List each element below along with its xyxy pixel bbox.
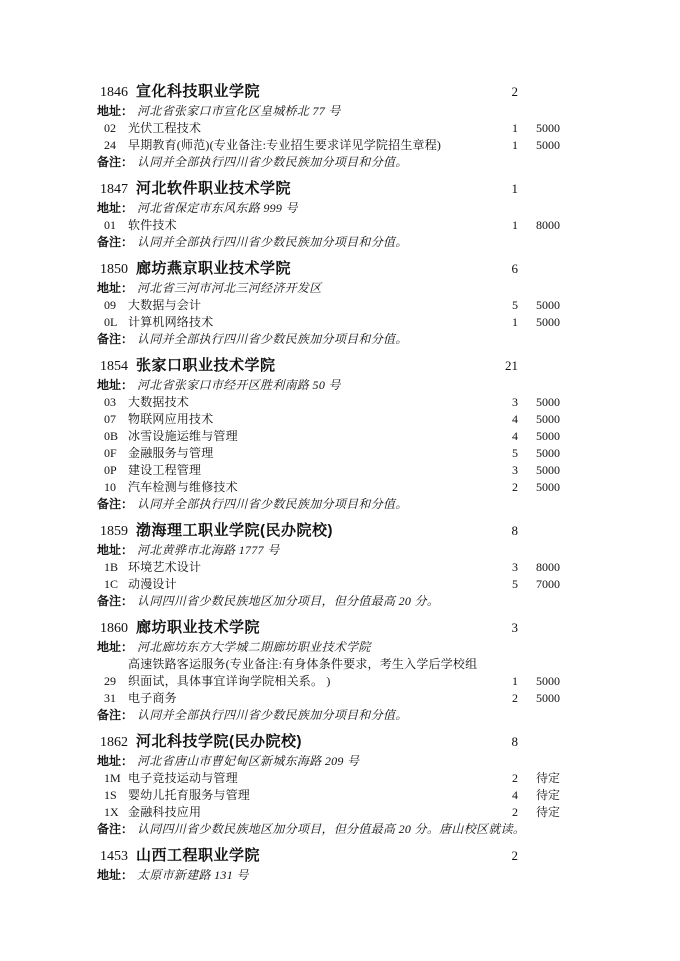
remark-label: 备注： bbox=[97, 331, 133, 348]
major-fee: 5000 bbox=[518, 394, 560, 411]
address-text: 河北廊坊东方大学城二期廊坊职业技术学院 bbox=[137, 639, 371, 656]
address-text: 河北省张家口市经开区胜利南路 50 号 bbox=[137, 377, 341, 394]
address-text: 太原市新建路 131 号 bbox=[137, 867, 249, 884]
school-block: 1846 宣化科技职业学院 2 地址： 河北省张家口市宣化区皇城桥北 77 号 … bbox=[97, 82, 560, 171]
address-label: 地址： bbox=[97, 200, 133, 217]
major-fee: 5000 bbox=[518, 690, 560, 707]
major-code: 02 bbox=[104, 120, 128, 137]
remark-label: 备注： bbox=[97, 821, 133, 838]
major-name: 计算机网络技术 bbox=[128, 314, 488, 331]
major-plan-count: 1 bbox=[488, 673, 518, 690]
major-plan-count: 2 bbox=[488, 690, 518, 707]
major-fee: 5000 bbox=[518, 673, 560, 690]
school-plan-count: 6 bbox=[488, 259, 518, 279]
major-fee: 5000 bbox=[518, 479, 560, 496]
major-plan-count: 5 bbox=[488, 576, 518, 593]
major-code: 1S bbox=[104, 787, 128, 804]
major-plan-count: 1 bbox=[488, 217, 518, 234]
major-row: 0B 冰雪设施运维与管理 4 5000 bbox=[97, 428, 560, 445]
major-code: 0F bbox=[104, 445, 128, 462]
major-list: 09 大数据与会计 5 5000 0L 计算机网络技术 1 5000 bbox=[97, 297, 560, 331]
major-plan-count: 3 bbox=[488, 394, 518, 411]
address-text: 河北省唐山市曹妃甸区新城东海路 209 号 bbox=[137, 753, 359, 770]
major-code: 29 bbox=[104, 673, 128, 690]
school-name: 廊坊职业技术学院 bbox=[136, 618, 488, 638]
school-code: 1453 bbox=[100, 847, 128, 867]
major-row: 0F 金融服务与管理 5 5000 bbox=[97, 445, 560, 462]
address-label: 地址： bbox=[97, 753, 133, 770]
school-plan-count: 2 bbox=[488, 82, 518, 102]
remark-label: 备注： bbox=[97, 593, 133, 610]
major-name: 高速铁路客运服务(专业备注:有身体条件要求，考生入学后学校组织面试，具体事宜详询… bbox=[128, 656, 488, 690]
major-list: 01 软件技术 1 8000 bbox=[97, 217, 560, 234]
major-row: 10 汽车检测与维修技术 2 5000 bbox=[97, 479, 560, 496]
address-label: 地址： bbox=[97, 867, 133, 884]
address-row: 地址： 河北黄骅市北海路 1777 号 bbox=[97, 542, 560, 559]
school-plan-count: 21 bbox=[488, 356, 518, 376]
major-name: 动漫设计 bbox=[128, 576, 488, 593]
major-code: 0L bbox=[104, 314, 128, 331]
school-block: 1859 渤海理工职业学院(民办院校) 8 地址： 河北黄骅市北海路 1777 … bbox=[97, 521, 560, 610]
school-code: 1850 bbox=[100, 260, 128, 280]
major-code: 07 bbox=[104, 411, 128, 428]
major-code: 24 bbox=[104, 137, 128, 154]
school-code: 1862 bbox=[100, 733, 128, 753]
major-plan-count: 4 bbox=[488, 411, 518, 428]
school-name: 河北科技学院(民办院校) bbox=[136, 732, 488, 752]
major-fee: 5000 bbox=[518, 137, 560, 154]
school-code: 1860 bbox=[100, 619, 128, 639]
major-name: 早期教育(师范)(专业备注:专业招生要求详见学院招生章程) bbox=[128, 137, 488, 154]
remark-text: 认同并全部执行四川省少数民族加分项目和分值。 bbox=[137, 707, 408, 724]
major-code: 31 bbox=[104, 690, 128, 707]
major-code: 0P bbox=[104, 462, 128, 479]
major-plan-count: 4 bbox=[488, 428, 518, 445]
school-code: 1859 bbox=[100, 522, 128, 542]
address-label: 地址： bbox=[97, 280, 133, 297]
major-name: 金融服务与管理 bbox=[128, 445, 488, 462]
address-label: 地址： bbox=[97, 639, 133, 656]
major-name: 电子竞技运动与管理 bbox=[128, 770, 488, 787]
major-name: 物联网应用技术 bbox=[128, 411, 488, 428]
major-row: 07 物联网应用技术 4 5000 bbox=[97, 411, 560, 428]
school-header-row: 1846 宣化科技职业学院 2 bbox=[97, 82, 560, 103]
school-header-row: 1854 张家口职业技术学院 21 bbox=[97, 356, 560, 377]
major-code: 1C bbox=[104, 576, 128, 593]
major-plan-count: 3 bbox=[488, 559, 518, 576]
address-text: 河北省张家口市宣化区皇城桥北 77 号 bbox=[137, 103, 341, 120]
address-text: 河北省保定市东风东路 999 号 bbox=[137, 200, 298, 217]
school-name: 山西工程职业学院 bbox=[136, 846, 488, 866]
major-row: 02 光伏工程技术 1 5000 bbox=[97, 120, 560, 137]
major-row: 1B 环境艺术设计 3 8000 bbox=[97, 559, 560, 576]
major-fee: 待定 bbox=[518, 787, 560, 804]
major-row: 0P 建设工程管理 3 5000 bbox=[97, 462, 560, 479]
major-row: 03 大数据技术 3 5000 bbox=[97, 394, 560, 411]
major-row: 1X 金融科技应用 2 待定 bbox=[97, 804, 560, 821]
major-code: 1M bbox=[104, 770, 128, 787]
major-fee: 5000 bbox=[518, 428, 560, 445]
address-row: 地址： 河北省三河市河北三河经济开发区 bbox=[97, 280, 560, 297]
school-header-row: 1453 山西工程职业学院 2 bbox=[97, 846, 560, 867]
remark-row: 备注： 认同四川省少数民族地区加分项目，但分值最高 20 分。唐山校区就读。 bbox=[97, 821, 560, 838]
address-row: 地址： 河北省张家口市经开区胜利南路 50 号 bbox=[97, 377, 560, 394]
major-row: 09 大数据与会计 5 5000 bbox=[97, 297, 560, 314]
major-code: 10 bbox=[104, 479, 128, 496]
major-plan-count: 5 bbox=[488, 297, 518, 314]
remark-row: 备注： 认同并全部执行四川省少数民族加分项目和分值。 bbox=[97, 707, 560, 724]
major-plan-count: 1 bbox=[488, 137, 518, 154]
major-code: 03 bbox=[104, 394, 128, 411]
remark-label: 备注： bbox=[97, 496, 133, 513]
major-name: 电子商务 bbox=[128, 690, 488, 707]
address-text: 河北黄骅市北海路 1777 号 bbox=[137, 542, 280, 559]
major-plan-count: 5 bbox=[488, 445, 518, 462]
major-list: 02 光伏工程技术 1 5000 24 早期教育(师范)(专业备注:专业招生要求… bbox=[97, 120, 560, 154]
major-code: 09 bbox=[104, 297, 128, 314]
major-plan-count: 2 bbox=[488, 770, 518, 787]
major-fee: 5000 bbox=[518, 120, 560, 137]
major-plan-count: 2 bbox=[488, 804, 518, 821]
remark-label: 备注： bbox=[97, 234, 133, 251]
school-name: 宣化科技职业学院 bbox=[136, 82, 488, 102]
school-list: 1846 宣化科技职业学院 2 地址： 河北省张家口市宣化区皇城桥北 77 号 … bbox=[97, 82, 560, 892]
school-code: 1854 bbox=[100, 357, 128, 377]
school-code: 1846 bbox=[100, 83, 128, 103]
major-name: 建设工程管理 bbox=[128, 462, 488, 479]
major-fee: 待定 bbox=[518, 804, 560, 821]
school-plan-count: 1 bbox=[488, 179, 518, 199]
school-header-row: 1859 渤海理工职业学院(民办院校) 8 bbox=[97, 521, 560, 542]
major-fee: 5000 bbox=[518, 411, 560, 428]
major-name: 大数据技术 bbox=[128, 394, 488, 411]
address-row: 地址： 河北廊坊东方大学城二期廊坊职业技术学院 bbox=[97, 639, 560, 656]
major-row: 1M 电子竞技运动与管理 2 待定 bbox=[97, 770, 560, 787]
major-fee: 5000 bbox=[518, 314, 560, 331]
remark-row: 备注： 认同四川省少数民族地区加分项目，但分值最高 20 分。 bbox=[97, 593, 560, 610]
remark-row: 备注： 认同并全部执行四川省少数民族加分项目和分值。 bbox=[97, 496, 560, 513]
school-plan-count: 8 bbox=[488, 732, 518, 752]
major-fee: 5000 bbox=[518, 297, 560, 314]
major-code: 0B bbox=[104, 428, 128, 445]
school-block: 1453 山西工程职业学院 2 地址： 太原市新建路 131 号 bbox=[97, 846, 560, 884]
major-code: 1B bbox=[104, 559, 128, 576]
address-row: 地址： 河北省保定市东风东路 999 号 bbox=[97, 200, 560, 217]
remark-text: 认同并全部执行四川省少数民族加分项目和分值。 bbox=[137, 154, 408, 171]
school-plan-count: 8 bbox=[488, 521, 518, 541]
major-fee: 7000 bbox=[518, 576, 560, 593]
school-name: 渤海理工职业学院(民办院校) bbox=[136, 521, 488, 541]
major-plan-count: 1 bbox=[488, 120, 518, 137]
address-label: 地址： bbox=[97, 542, 133, 559]
document-page: 1846 宣化科技职业学院 2 地址： 河北省张家口市宣化区皇城桥北 77 号 … bbox=[0, 0, 680, 961]
remark-text: 认同并全部执行四川省少数民族加分项目和分值。 bbox=[137, 331, 408, 348]
school-block: 1847 河北软件职业技术学院 1 地址： 河北省保定市东风东路 999 号 0… bbox=[97, 179, 560, 251]
major-row: 29 高速铁路客运服务(专业备注:有身体条件要求，考生入学后学校组织面试，具体事… bbox=[97, 656, 560, 690]
school-name: 张家口职业技术学院 bbox=[136, 356, 488, 376]
remark-text: 认同四川省少数民族地区加分项目，但分值最高 20 分。 bbox=[137, 593, 439, 610]
major-row: 01 软件技术 1 8000 bbox=[97, 217, 560, 234]
major-name: 环境艺术设计 bbox=[128, 559, 488, 576]
major-plan-count: 2 bbox=[488, 479, 518, 496]
major-name: 金融科技应用 bbox=[128, 804, 488, 821]
school-block: 1854 张家口职业技术学院 21 地址： 河北省张家口市经开区胜利南路 50 … bbox=[97, 356, 560, 513]
major-code: 01 bbox=[104, 217, 128, 234]
major-row: 1C 动漫设计 5 7000 bbox=[97, 576, 560, 593]
major-name: 软件技术 bbox=[128, 217, 488, 234]
address-label: 地址： bbox=[97, 377, 133, 394]
major-list: 1M 电子竞技运动与管理 2 待定 1S 婴幼儿托育服务与管理 4 待定 1X … bbox=[97, 770, 560, 821]
remark-row: 备注： 认同并全部执行四川省少数民族加分项目和分值。 bbox=[97, 154, 560, 171]
school-code: 1847 bbox=[100, 180, 128, 200]
school-header-row: 1860 廊坊职业技术学院 3 bbox=[97, 618, 560, 639]
major-row: 24 早期教育(师范)(专业备注:专业招生要求详见学院招生章程) 1 5000 bbox=[97, 137, 560, 154]
address-row: 地址： 河北省张家口市宣化区皇城桥北 77 号 bbox=[97, 103, 560, 120]
school-block: 1860 廊坊职业技术学院 3 地址： 河北廊坊东方大学城二期廊坊职业技术学院 … bbox=[97, 618, 560, 724]
major-name: 光伏工程技术 bbox=[128, 120, 488, 137]
remark-row: 备注： 认同并全部执行四川省少数民族加分项目和分值。 bbox=[97, 331, 560, 348]
remark-text: 认同四川省少数民族地区加分项目，但分值最高 20 分。唐山校区就读。 bbox=[137, 821, 525, 838]
school-name: 廊坊燕京职业技术学院 bbox=[136, 259, 488, 279]
major-plan-count: 1 bbox=[488, 314, 518, 331]
school-header-row: 1847 河北软件职业技术学院 1 bbox=[97, 179, 560, 200]
major-name: 婴幼儿托育服务与管理 bbox=[128, 787, 488, 804]
address-text: 河北省三河市河北三河经济开发区 bbox=[137, 280, 322, 297]
major-row: 31 电子商务 2 5000 bbox=[97, 690, 560, 707]
major-row: 0L 计算机网络技术 1 5000 bbox=[97, 314, 560, 331]
school-block: 1850 廊坊燕京职业技术学院 6 地址： 河北省三河市河北三河经济开发区 09… bbox=[97, 259, 560, 348]
school-block: 1862 河北科技学院(民办院校) 8 地址： 河北省唐山市曹妃甸区新城东海路 … bbox=[97, 732, 560, 838]
remark-row: 备注： 认同并全部执行四川省少数民族加分项目和分值。 bbox=[97, 234, 560, 251]
school-header-row: 1850 廊坊燕京职业技术学院 6 bbox=[97, 259, 560, 280]
major-fee: 待定 bbox=[518, 770, 560, 787]
major-fee: 5000 bbox=[518, 445, 560, 462]
school-plan-count: 3 bbox=[488, 618, 518, 638]
major-row: 1S 婴幼儿托育服务与管理 4 待定 bbox=[97, 787, 560, 804]
address-row: 地址： 河北省唐山市曹妃甸区新城东海路 209 号 bbox=[97, 753, 560, 770]
remark-label: 备注： bbox=[97, 707, 133, 724]
remark-text: 认同并全部执行四川省少数民族加分项目和分值。 bbox=[137, 496, 408, 513]
major-list: 1B 环境艺术设计 3 8000 1C 动漫设计 5 7000 bbox=[97, 559, 560, 593]
school-name: 河北软件职业技术学院 bbox=[136, 179, 488, 199]
school-header-row: 1862 河北科技学院(民办院校) 8 bbox=[97, 732, 560, 753]
major-name: 大数据与会计 bbox=[128, 297, 488, 314]
remark-label: 备注： bbox=[97, 154, 133, 171]
major-fee: 8000 bbox=[518, 217, 560, 234]
address-label: 地址： bbox=[97, 103, 133, 120]
major-fee: 8000 bbox=[518, 559, 560, 576]
address-row: 地址： 太原市新建路 131 号 bbox=[97, 867, 560, 884]
major-code: 1X bbox=[104, 804, 128, 821]
major-name: 汽车检测与维修技术 bbox=[128, 479, 488, 496]
remark-text: 认同并全部执行四川省少数民族加分项目和分值。 bbox=[137, 234, 408, 251]
major-plan-count: 3 bbox=[488, 462, 518, 479]
school-plan-count: 2 bbox=[488, 846, 518, 866]
major-list: 29 高速铁路客运服务(专业备注:有身体条件要求，考生入学后学校组织面试，具体事… bbox=[97, 656, 560, 707]
major-name: 冰雪设施运维与管理 bbox=[128, 428, 488, 445]
major-list: 03 大数据技术 3 5000 07 物联网应用技术 4 5000 0B 冰雪设… bbox=[97, 394, 560, 496]
major-plan-count: 4 bbox=[488, 787, 518, 804]
major-fee: 5000 bbox=[518, 462, 560, 479]
